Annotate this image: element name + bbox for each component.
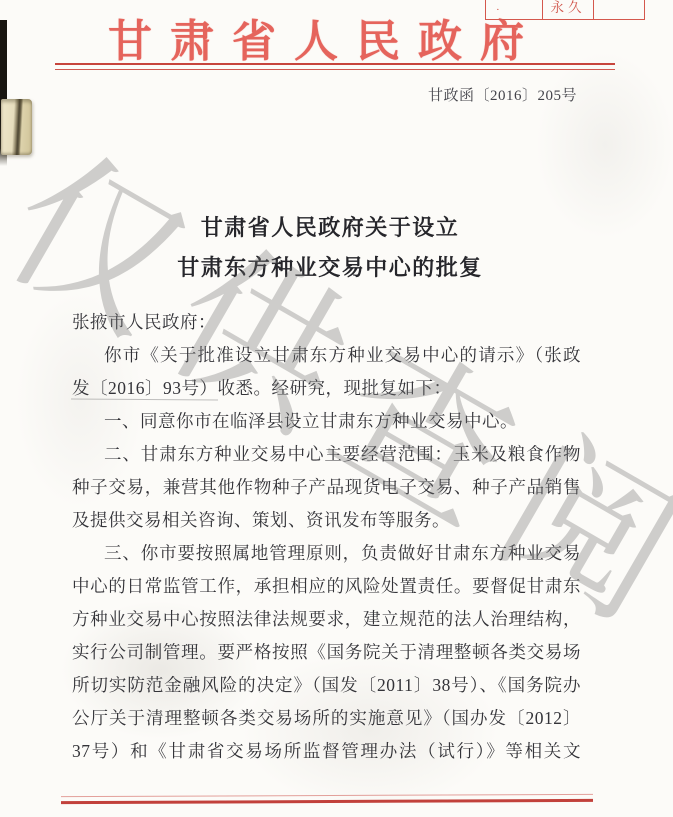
document-title-line-1: 甘肃省人民政府关于设立 — [0, 208, 660, 248]
document-title-line-2: 甘肃东方种业交易中心的批复 — [0, 248, 660, 288]
document-title: 甘肃省人民政府关于设立 甘肃东方种业交易中心的批复 — [0, 208, 660, 288]
document-page: · 永久 甘肃省人民政府 甘政函〔2016〕205号 仅供查阅 甘肃省人民政府关… — [0, 0, 673, 817]
body-line: 方种业交易中心按照法律法规要求，建立规范的法人治理结构， — [72, 603, 581, 636]
body-line: 实行公司制管理。要严格按照《国务院关于清理整顿各类交易场 — [72, 636, 581, 669]
body-line: 所切实防范金融风险的决定》（国发〔2011〕38号）、《国务院办 — [72, 669, 581, 702]
archive-stamp-cell-1: · — [486, 0, 543, 19]
footer-double-rule — [61, 794, 593, 804]
archive-stamp-duration-label: 永久 — [543, 0, 594, 19]
salutation-line: 张掖市人民政府： — [72, 306, 581, 339]
letterhead-org-name: 甘肃省人民政府 — [0, 20, 650, 64]
letterhead-double-rule — [55, 63, 615, 70]
body-line: 公厅关于清理整顿各类交易场所的实施意见》（国办发〔2012〕 — [72, 702, 581, 735]
body-line: 一、同意你市在临泽县设立甘肃东方种业交易中心。 — [72, 405, 581, 438]
body-line: 你市《关于批准设立甘肃东方种业交易中心的请示》（张政 — [72, 339, 581, 372]
body-line: 三、你市要按照属地管理原则，负责做好甘肃东方种业交易 — [72, 537, 581, 570]
archive-stamp-box: · 永久 — [485, 0, 645, 20]
body-line: 中心的日常监管工作，承担相应的风险处置责任。要督促甘肃东 — [72, 570, 581, 603]
document-number: 甘政函〔2016〕205号 — [0, 84, 577, 105]
body-line: 二、甘肃东方种业交易中心主要经营范围：玉米及粮食作物 — [72, 438, 581, 471]
body-line: 及提供交易相关咨询、策划、资讯发布等服务。 — [72, 504, 581, 537]
binder-clip — [1, 99, 32, 155]
archive-stamp-cell-3 — [594, 0, 644, 19]
document-body: 张掖市人民政府： 你市《关于批准设立甘肃东方种业交易中心的请示》（张政 发〔20… — [72, 306, 581, 768]
body-line: 种子交易，兼营其他作物种子产品现货电子交易、种子产品销售 — [72, 471, 581, 504]
body-line: 37号）和《甘肃省交易场所监督管理办法（试行）》等相关文 — [72, 735, 581, 768]
